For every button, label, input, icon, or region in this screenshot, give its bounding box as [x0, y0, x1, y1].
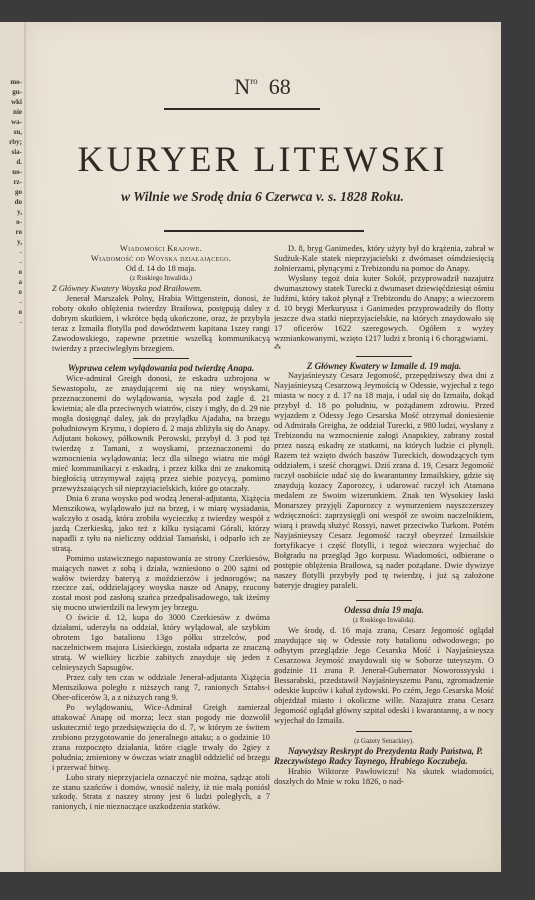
section-divider	[356, 356, 412, 357]
previous-page-fragment: mo-	[0, 78, 26, 87]
dateline-rule	[164, 230, 364, 232]
previous-page-fragment: y,	[0, 238, 26, 247]
section-divider	[356, 600, 412, 601]
previous-page-fragment: wa-	[0, 118, 26, 127]
issue-number: Nro 68	[24, 74, 501, 100]
top-rule	[164, 108, 320, 110]
previous-page-fragment: y,	[0, 208, 26, 217]
masthead-title: KURYER LITEWSKI	[24, 138, 501, 180]
previous-page-fragment: o	[0, 268, 26, 277]
previous-page-edge: mo-gu-wkiniewa-su,rby;sia-d.uo-rz-godoy,…	[0, 22, 27, 872]
article-heading: Naywyższy Reskrypt do Prezydenta Rady Pa…	[274, 747, 494, 767]
previous-page-fragment: -	[0, 298, 26, 307]
ornament-stars: ⁂	[274, 344, 494, 351]
source-note: (z Ruskiego Inwalida.)	[52, 274, 270, 284]
article-paragraph: We środę, d. 16 maja zrana, Cesarz Jegom…	[274, 626, 494, 726]
previous-page-fragment: rz-	[0, 178, 26, 187]
previous-page-fragment: -	[0, 258, 26, 267]
article-paragraph: Pomimo ustawicznego napastowania ze stro…	[52, 554, 270, 614]
article-heading: Odessa dnia 19 maja.	[274, 606, 494, 616]
source-note: (z Ruskiego Inwalida).	[274, 616, 494, 626]
newspaper-page: Nro 68 KURYER LITEWSKI w Wilnie we Srodę…	[24, 22, 501, 872]
article-heading: Z Główney Kwatery w Izmaile d. 19 maja.	[274, 362, 494, 372]
issue-number-prefix: N	[234, 74, 250, 99]
section-divider	[356, 731, 412, 732]
previous-page-fragment: o	[0, 308, 26, 317]
article-paragraph: Wice-admirał Greigh donosi, że eskadra u…	[52, 374, 270, 493]
right-column: D. 8, bryg Ganimedes, który użyty był do…	[274, 244, 494, 787]
issue-number-sup: ro	[250, 76, 258, 86]
dateline: w Wilnie we Srodę dnia 6 Czerwca v. s. 1…	[24, 189, 501, 205]
left-column: Wiadomości Krajowe. Wiadomość od Woyska …	[52, 244, 270, 812]
article-paragraph: Jenerał Marszałek Polny, Hrabia Wittgens…	[52, 294, 270, 354]
previous-page-fragment: rby;	[0, 138, 26, 147]
article-paragraph: Nayjaśnieyszy Cesarz Jegomość, przepędzi…	[274, 371, 494, 590]
previous-page-fragment: -	[0, 318, 26, 327]
article-paragraph: Dnia 6 zrana woysko pod wodzą Jenerał-ad…	[52, 494, 270, 554]
previous-page-fragment: su,	[0, 128, 26, 137]
article-paragraph: Hrabio Wiktorze Pawłowiczu! Na skutek wi…	[274, 767, 494, 787]
previous-page-fragment: go	[0, 188, 26, 197]
previous-page-fragment: gu-	[0, 88, 26, 97]
previous-page-fragment: o	[0, 288, 26, 297]
date-range: Od d. 14 do 18 maja.	[52, 264, 270, 274]
previous-page-fragment: d.	[0, 158, 26, 167]
article-paragraph: Po wylądowaniu, Wice-Admirał Greigh zami…	[52, 703, 270, 773]
previous-page-fragment: uo-	[0, 168, 26, 177]
article-paragraph: Przez cały ten czas w oddziale Jenerał-a…	[52, 673, 270, 703]
section-title: Wiadomości Krajowe.	[52, 244, 270, 254]
issue-number-value: 68	[269, 74, 291, 99]
previous-page-fragment: a	[0, 278, 26, 287]
article-paragraph: Wysłany tegoż dnia kuter Sokół, przyprow…	[274, 274, 494, 344]
previous-page-fragment: nie	[0, 108, 26, 117]
article-paragraph: O świcie d. 12, kupa do 3000 Czerkiesów …	[52, 613, 270, 673]
previous-page-fragment: ro	[0, 228, 26, 237]
section-subtitle: Wiadomość od Woyska działaiącego.	[52, 254, 270, 264]
section-divider	[133, 358, 189, 359]
previous-page-fragment: sia-	[0, 148, 26, 157]
article-heading: Z Główney Kwatery Woyska pod Braiłowem.	[52, 284, 270, 294]
previous-page-fragment: wki	[0, 98, 26, 107]
previous-page-fragment: o-	[0, 218, 26, 227]
previous-page-fragment: -	[0, 248, 26, 257]
article-paragraph: Lubo straty nieprzyjaciela oznaczyć nie …	[52, 773, 270, 813]
previous-page-fragment: do	[0, 198, 26, 207]
article-paragraph: D. 8, bryg Ganimedes, który użyty był do…	[274, 244, 494, 274]
article-heading: Wyprawa celem wylądowania pod twierdzę A…	[52, 364, 270, 374]
